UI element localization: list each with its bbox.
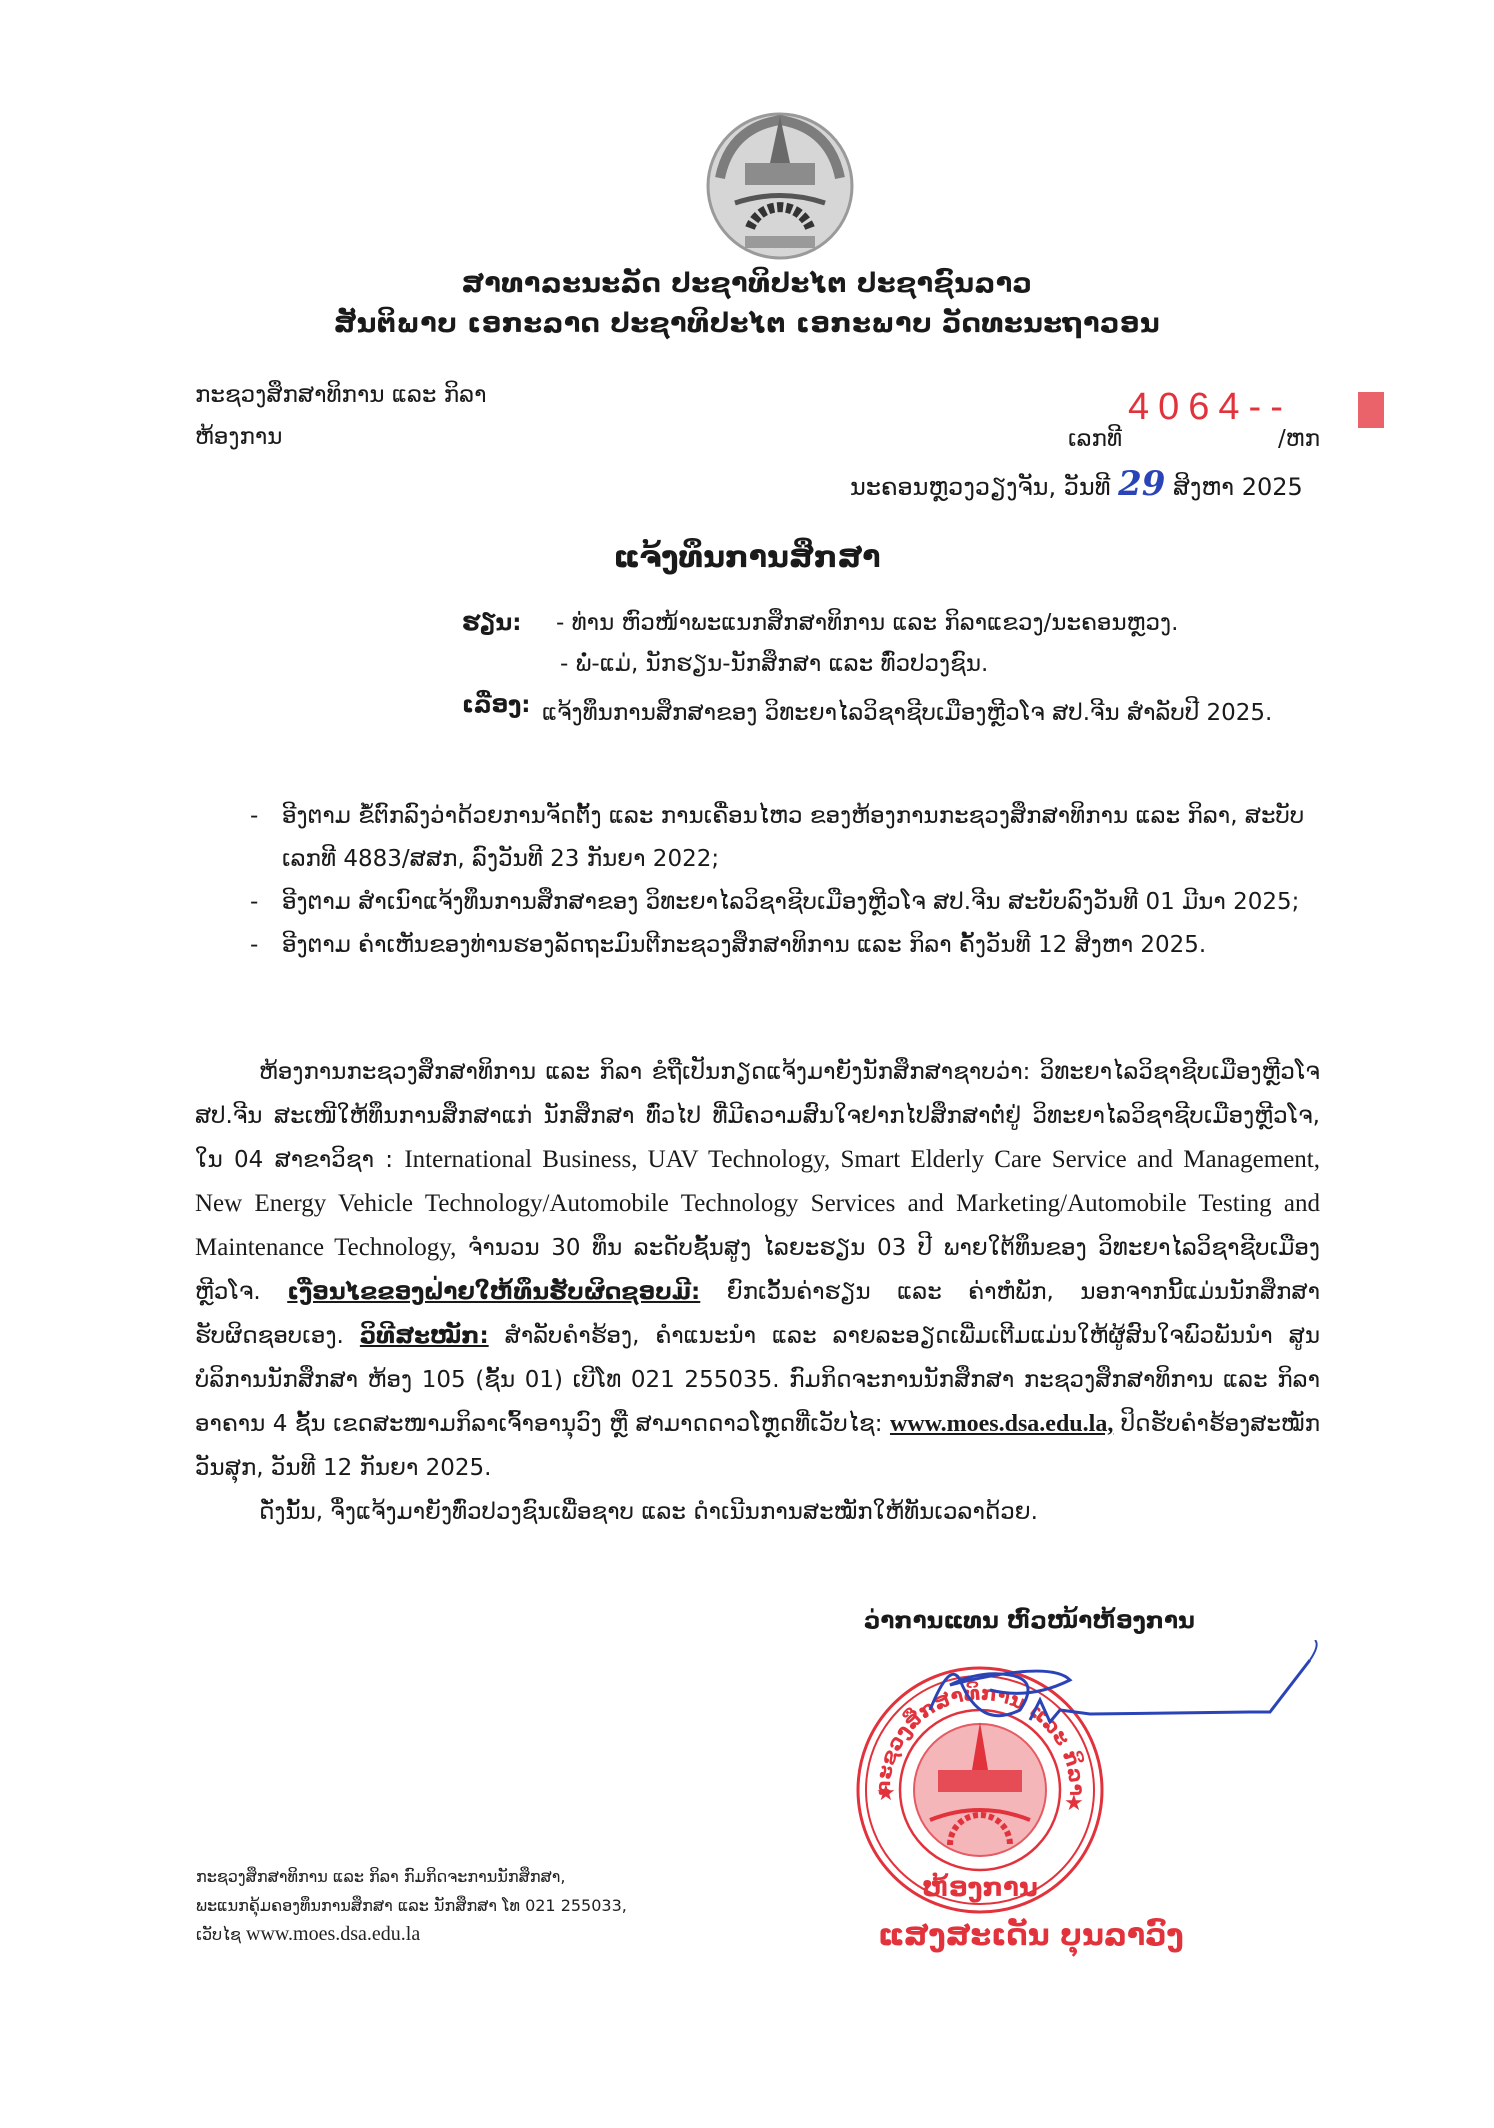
footer-line-1: ກະຊວງສຶກສາທິການ ແລະ ກິລາ ກົມກິດຈະການນັກສ…: [196, 1862, 627, 1891]
how-to-apply-label: ວິທີສະໝັກ:: [360, 1323, 489, 1349]
document-number-stamp: 4064--: [1128, 386, 1292, 429]
body-text: ຫ້ອງການກະຊວງສຶກສາທິການ ແລະ ກິລາ ຂໍຖືເປັນ…: [195, 1050, 1320, 1534]
svg-text:★: ★: [1064, 1791, 1084, 1816]
references-list: -ອີງຕາມ ຂໍ້ຕົກລົງວ່າດ້ວຍການຈັດຕັ້ງ ແລະ ກ…: [250, 795, 1330, 967]
stamp-bottom-text: ຫ້ອງການ: [922, 1871, 1038, 1903]
recipient-item: - ທ່ານ ຫົວໜ້າພະແນກສຶກສາທິການ ແລະ ກິລາແຂວ…: [556, 610, 1178, 636]
signer-name-stamp: ແສງສະເດັນ ບຸນລາວົງ: [878, 1918, 1184, 1953]
subject-label: ເລື່ອງ:: [462, 692, 530, 718]
reference-item: -ອີງຕາມ ຄຳເຫັນຂອງທ່ານຮອງລັດຖະມົນຕີກະຊວງສ…: [250, 924, 1330, 967]
issuer-block: ກະຊວງສຶກສາທິການ ແລະ ກິລາ ຫ້ອງການ: [195, 374, 487, 458]
footer-line-3: ເວັບໄຊ www.moes.dsa.edu.la: [196, 1920, 627, 1949]
state-header-line-2: ສັນຕິພາບ ເອກະລາດ ປະຊາທິປະໄຕ ເອກະພາບ ວັດທ…: [0, 308, 1494, 339]
document-title: ແຈ້ງທຶນການສຶກສາ: [0, 540, 1494, 575]
recipient-item: - ພໍ່-ແມ່, ນັກຮຽນ-ນັກສຶກສາ ແລະ ທົ່ວປວງຊົ…: [560, 651, 988, 677]
issuer-ministry: ກະຊວງສຶກສາທິການ ແລະ ກິລາ: [195, 374, 487, 416]
svg-text:★: ★: [876, 1781, 896, 1806]
recipients-label: ຮຽນ:: [462, 610, 521, 636]
date-prefix: ນະຄອນຫຼວງວຽງຈັນ, ວັນທີ: [850, 473, 1110, 501]
date-suffix: ສິງຫາ 2025: [1173, 473, 1303, 501]
signatory-title: ວ່າການແທນ ຫົວໜ້າຫ້ອງການ: [864, 1608, 1195, 1634]
footer-line-2: ພະແນກຄຸ້ມຄອງທຶນການສຶກສາ ແລະ ນັກສຶກສາ ໂທ …: [196, 1891, 627, 1920]
reference-item: -ອີງຕາມ ສຳເນົາແຈ້ງທຶນການສຶກສາຂອງ ວິທະຍາໄ…: [250, 881, 1330, 924]
lao-national-emblem-icon: [700, 108, 860, 263]
body-paragraph-2: ດັ່ງນັ້ນ, ຈຶ່ງແຈ້ງມາຍັງທົ່ວປວງຊົນເພື່ອຊາ…: [195, 1490, 1320, 1534]
document-number-suffix: /ຫກ: [1278, 426, 1320, 452]
footer-website-link[interactable]: www.moes.dsa.edu.la: [246, 1923, 420, 1945]
document-number-label: ເລກທີ: [1068, 426, 1122, 452]
reference-item: -ອີງຕາມ ຂໍ້ຕົກລົງວ່າດ້ວຍການຈັດຕັ້ງ ແລະ ກ…: [250, 795, 1330, 881]
body-paragraph-1: ຫ້ອງການກະຊວງສຶກສາທິການ ແລະ ກິລາ ຂໍຖືເປັນ…: [195, 1050, 1320, 1490]
subject-text: ແຈ້ງທຶນການສຶກສາຂອງ ວິທະຍາໄລວິຊາຊີບເມືອງຫ…: [542, 692, 1302, 734]
date-line: ນະຄອນຫຼວງວຽງຈັນ, ວັນທີ 29 ສິງຫາ 2025: [850, 464, 1303, 504]
handwritten-signature-icon: [890, 1640, 1350, 1770]
state-header-line-1: ສາທາລະນະລັດ ປະຊາທິປະໄຕ ປະຊາຊົນລາວ: [0, 268, 1494, 299]
stamp-block-icon: [1358, 392, 1384, 428]
website-link[interactable]: www.moes.dsa.edu.la,: [890, 1411, 1113, 1437]
issuer-office: ຫ້ອງການ: [195, 416, 487, 458]
date-day-handwritten: 29: [1118, 464, 1165, 504]
footer-contact: ກະຊວງສຶກສາທິການ ແລະ ກິລາ ກົມກິດຈະການນັກສ…: [196, 1862, 627, 1949]
conditions-label: ເງື່ອນໄຂຂອງຝ່າຍໃຫ້ທຶນຮັບຜິດຊອບມີ:: [287, 1279, 700, 1305]
